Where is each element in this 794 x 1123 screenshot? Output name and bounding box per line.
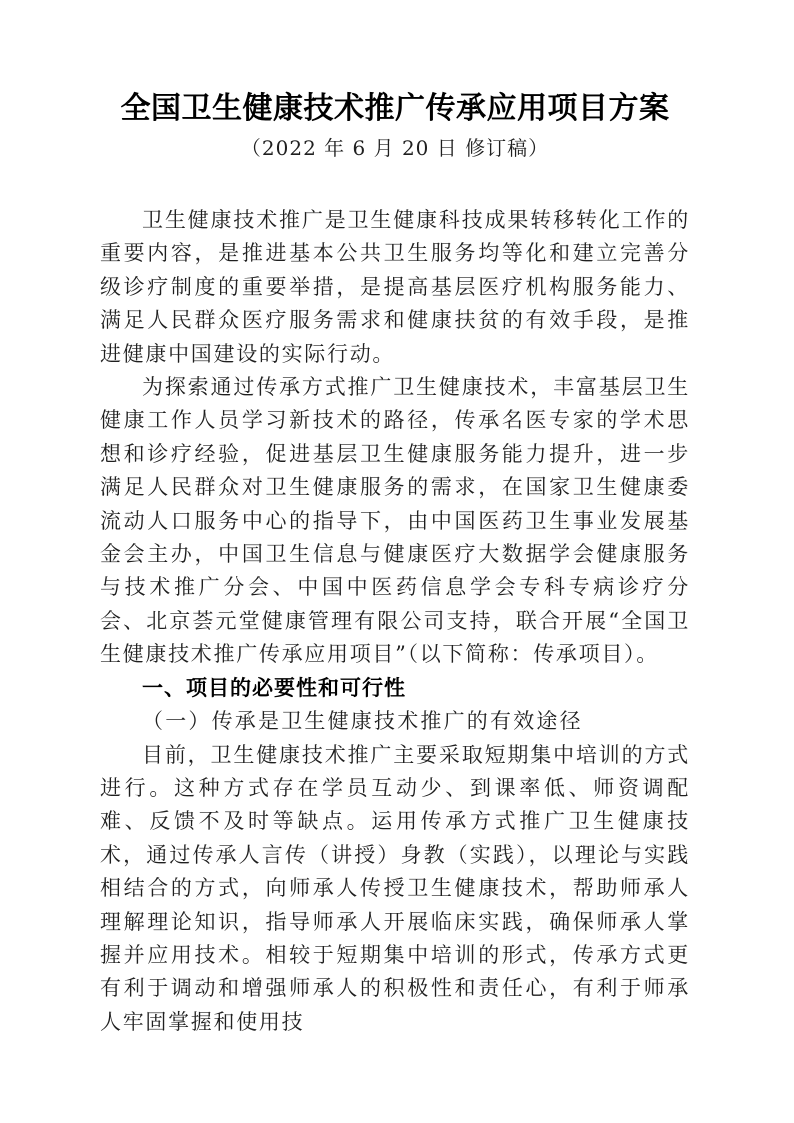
document-date-line: （2022 年 6 月 20 日 修订稿） xyxy=(100,134,690,162)
paragraph-intro-significance: 卫生健康技术推广是卫生健康科技成果转移转化工作的重要内容，是推进基本公共卫生服务… xyxy=(100,204,690,371)
subsection-heading-inheritance-effective-path: （一）传承是卫生健康技术推广的有效途径 xyxy=(100,705,690,738)
paragraph-current-training-methods: 目前，卫生健康技术推广主要采取短期集中培训的方式进行。这种方式存在学员互动少、到… xyxy=(100,739,690,1040)
document-page: 全国卫生健康技术推广传承应用项目方案 （2022 年 6 月 20 日 修订稿）… xyxy=(0,0,794,1123)
section-heading-necessity-feasibility: 一、项目的必要性和可行性 xyxy=(100,672,690,705)
paragraph-project-background: 为探索通过传承方式推广卫生健康技术，丰富基层卫生健康工作人员学习新技术的路径，传… xyxy=(100,371,690,672)
document-title: 全国卫生健康技术推广传承应用项目方案 xyxy=(100,90,690,128)
document-body: 卫生健康技术推广是卫生健康科技成果转移转化工作的重要内容，是推进基本公共卫生服务… xyxy=(100,204,690,1039)
